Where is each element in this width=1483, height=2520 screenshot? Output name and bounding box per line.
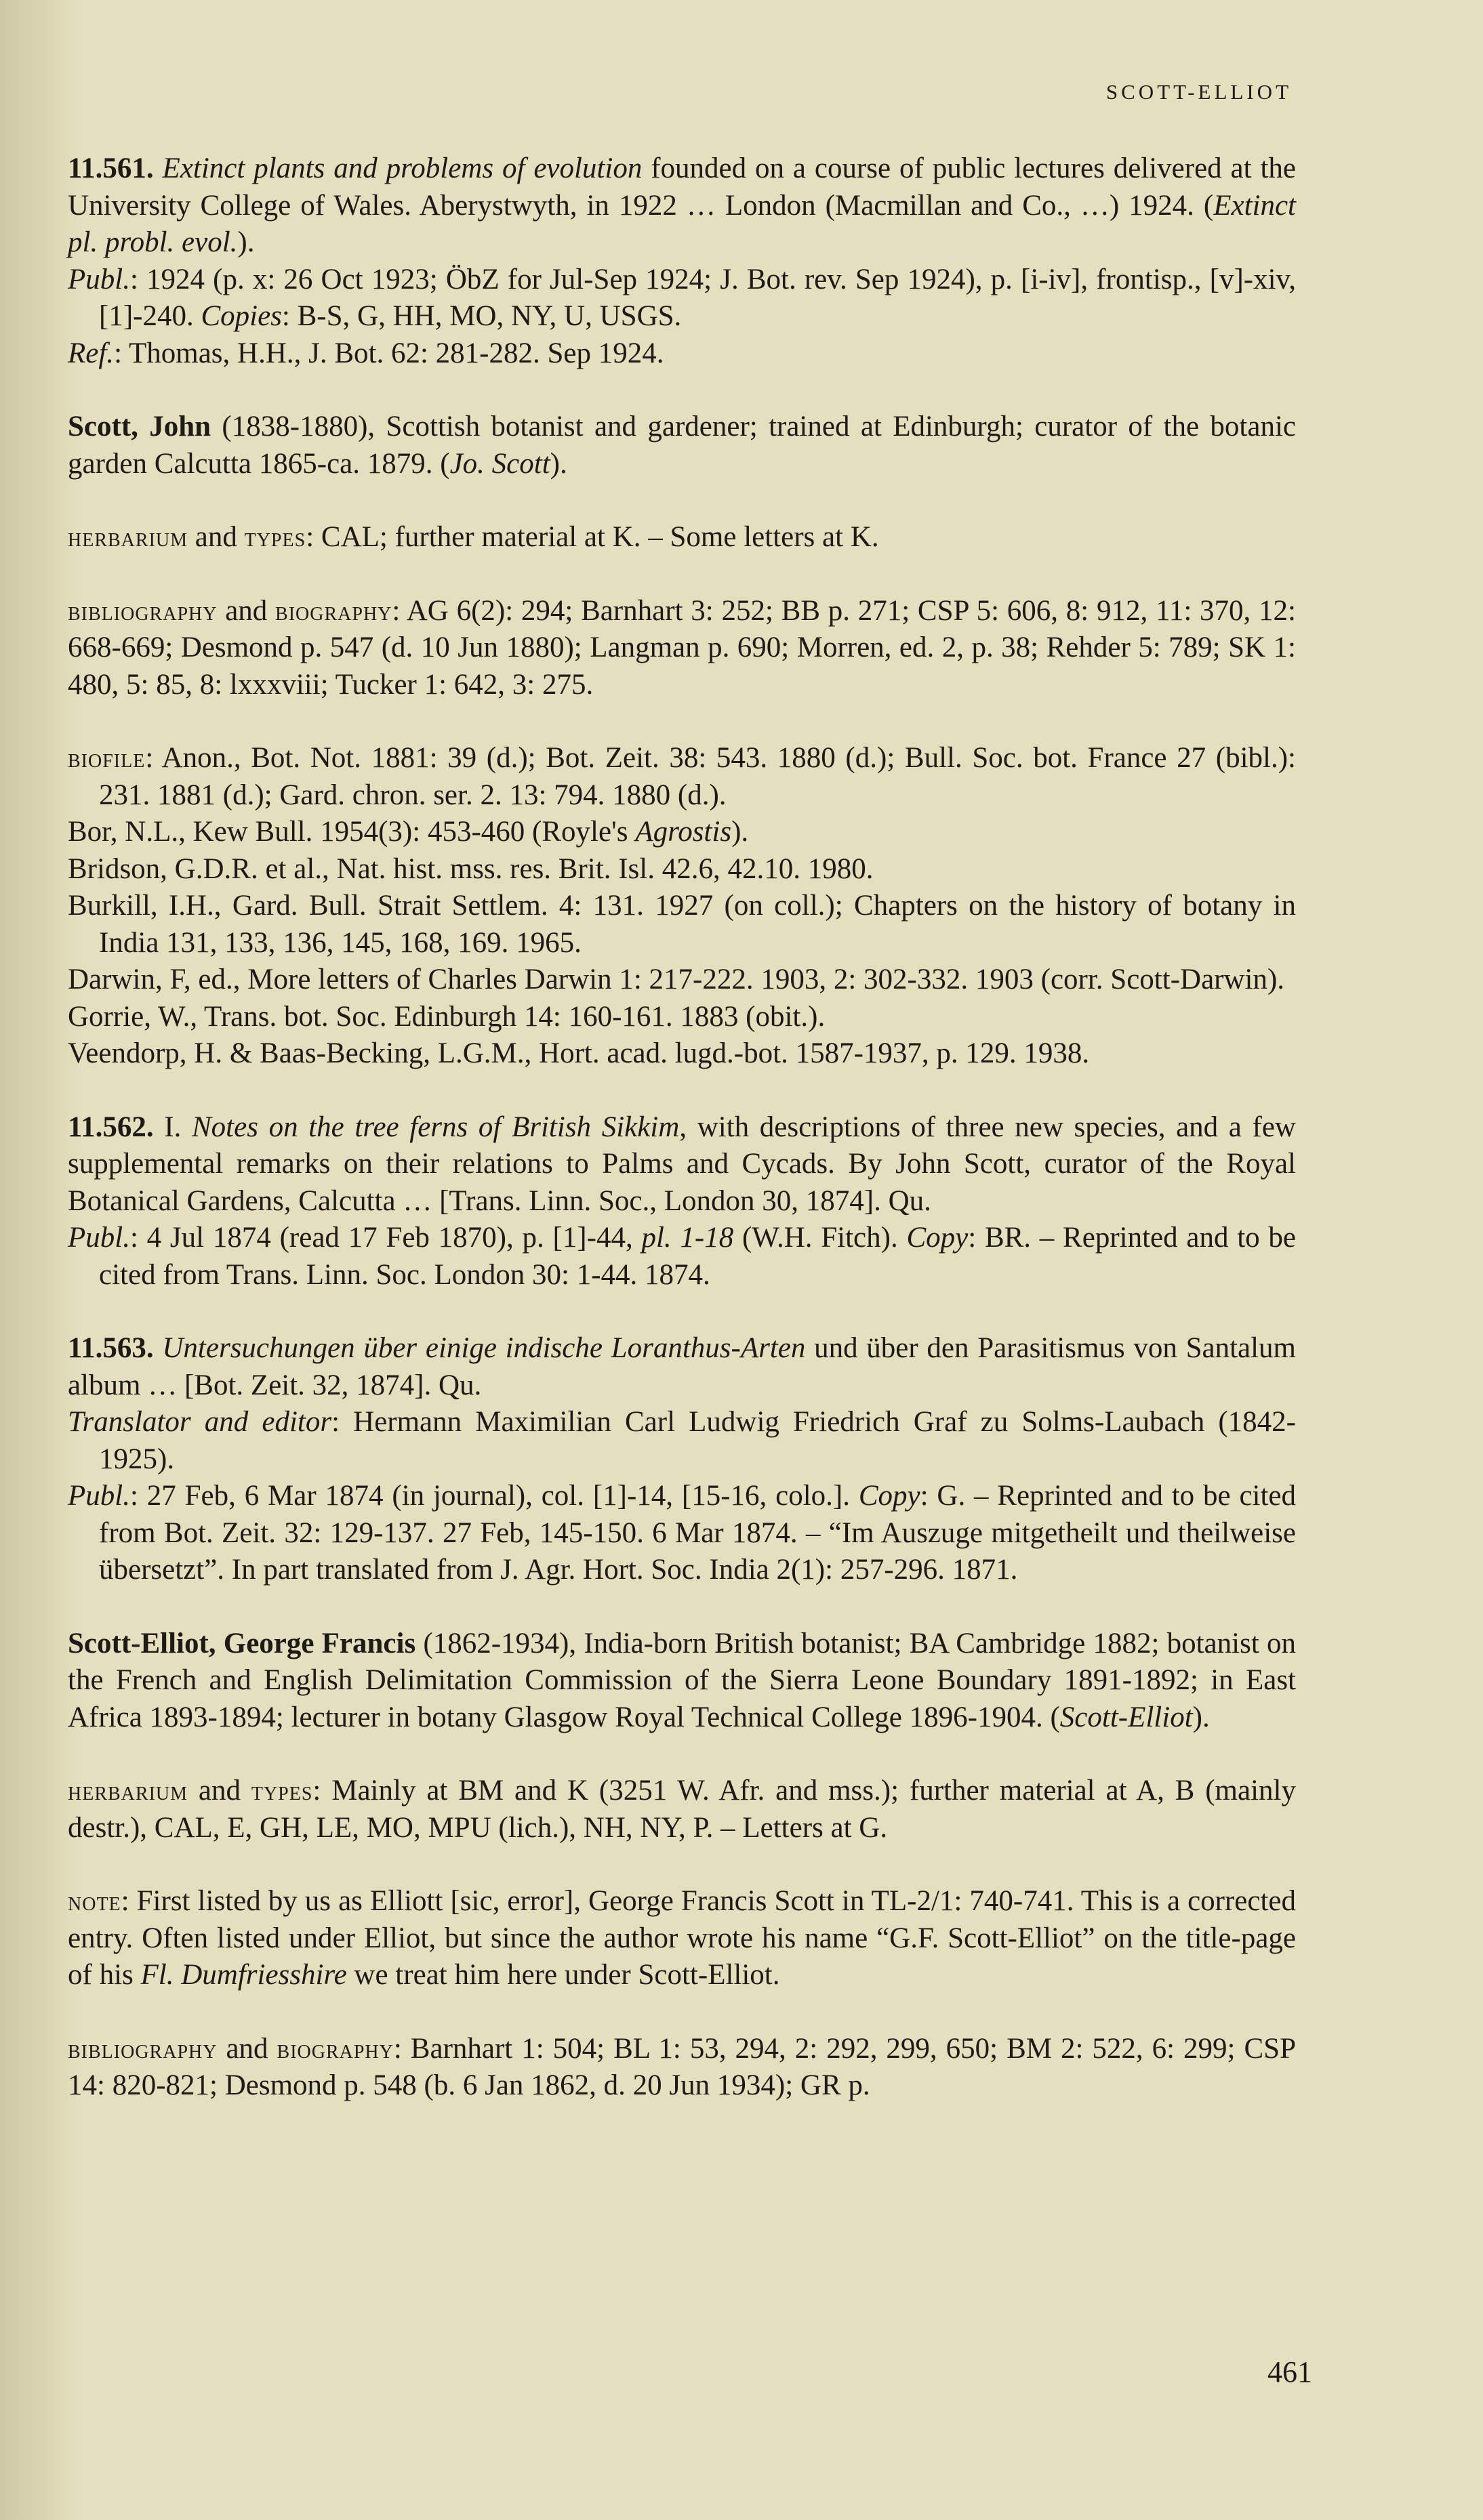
work-title: Notes on the tree ferns of British Sikki… bbox=[192, 1111, 679, 1143]
section-label: Biofile bbox=[68, 743, 145, 773]
spacer bbox=[68, 1294, 1296, 1330]
publication-line: Publ.: 4 Jul 1874 (read 17 Feb 1870), p.… bbox=[68, 1220, 1296, 1294]
volume-marker: I. bbox=[154, 1111, 192, 1143]
author-abbreviation: Jo. Scott bbox=[450, 448, 550, 480]
section-label: Bibliography bbox=[68, 596, 217, 626]
biofile-section: Biofile: Anon., Bot. Not. 1881: 39 (d.);… bbox=[68, 740, 1296, 1073]
entry-11561: 11.561. Extinct plants and problems of e… bbox=[68, 150, 1296, 372]
section-label: biography bbox=[275, 596, 392, 626]
translator-line: Translator and editor: Hermann Maximilia… bbox=[68, 1404, 1296, 1478]
section-label: Bibliography bbox=[68, 2033, 217, 2064]
label-conjunction: and bbox=[188, 521, 245, 553]
ref-label: Ref. bbox=[68, 337, 114, 369]
section-label: types bbox=[245, 522, 306, 552]
herbarium-section: Herbarium and types: CAL; further materi… bbox=[68, 519, 1296, 556]
bibliography-section: Bibliography and biography: Barnhart 1: … bbox=[68, 2031, 1296, 2105]
note-text: we treat him here under Scott-Elliot. bbox=[347, 1959, 780, 1991]
label-conjunction: and bbox=[188, 1775, 251, 1806]
entry-number: 11.561. bbox=[68, 152, 154, 184]
biofile-item: Bridson, G.D.R. et al., Nat. hist. mss. … bbox=[68, 851, 1296, 888]
entry-11563: 11.563. Untersuchungen über einige indis… bbox=[68, 1330, 1296, 1589]
publication-line: Publ.: 1924 (p. x: 26 Oct 1923; ÖbZ for … bbox=[68, 262, 1296, 335]
text-column: 11.561. Extinct plants and problems of e… bbox=[68, 150, 1296, 2105]
work-title: Untersuchungen über einige indische Lora… bbox=[162, 1332, 805, 1364]
punctuation: ). bbox=[237, 226, 254, 258]
biofile-text: : Anon., Bot. Not. 1881: 39 (d.); Bot. Z… bbox=[99, 742, 1296, 811]
publication-line: Publ.: 27 Feb, 6 Mar 1874 (in journal), … bbox=[68, 1478, 1296, 1589]
author-bio: Scott-Elliot, George Francis (1862-1934)… bbox=[68, 1626, 1296, 1737]
publ-text: : 27 Feb, 6 Mar 1874 (in journal), col. … bbox=[130, 1480, 859, 1512]
spacer bbox=[68, 372, 1296, 409]
publ-text: : 4 Jul 1874 (read 17 Feb 1870), p. [1]-… bbox=[130, 1222, 641, 1254]
section-label: types bbox=[251, 1775, 313, 1806]
author-bio: Scott, John (1838-1880), Scottish botani… bbox=[68, 409, 1296, 482]
entry-title-paragraph: 11.563. Untersuchungen über einige indis… bbox=[68, 1330, 1296, 1404]
copies-label: Copies bbox=[201, 300, 281, 332]
bio-text: (1838-1880), Scottish botanist and garde… bbox=[68, 411, 1296, 480]
spacer bbox=[68, 556, 1296, 593]
herbarium-section: Herbarium and types: Mainly at BM and K … bbox=[68, 1773, 1296, 1846]
section-label: Herbarium bbox=[68, 1775, 188, 1806]
author-entry-scott-john: Scott, John (1838-1880), Scottish botani… bbox=[68, 409, 1296, 1073]
biofile-item: Gorrie, W., Trans. bot. Soc. Edinburgh 1… bbox=[68, 999, 1296, 1036]
work-title: Extinct plants and problems of evolution bbox=[163, 152, 643, 184]
label-conjunction: and bbox=[217, 2033, 277, 2065]
label-conjunction: and bbox=[217, 595, 275, 627]
spacer bbox=[68, 1589, 1296, 1626]
work-title: Fl. Dumfriesshire bbox=[141, 1959, 347, 1991]
publ-text: (W.H. Fitch). bbox=[733, 1222, 906, 1254]
plates-label: pl. 1-18 bbox=[641, 1222, 733, 1254]
biofile-text: Bor, N.L., Kew Bull. 1954(3): 453-460 (R… bbox=[68, 816, 635, 848]
spacer bbox=[68, 1846, 1296, 1883]
punctuation: ). bbox=[731, 816, 748, 848]
note-section: Note: First listed by us as Elliott [sic… bbox=[68, 1883, 1296, 1994]
entry-11562: 11.562. I. Notes on the tree ferns of Br… bbox=[68, 1109, 1296, 1294]
publ-label: Publ. bbox=[68, 1222, 130, 1254]
bibliography-section: Bibliography and biography: AG 6(2): 294… bbox=[68, 593, 1296, 704]
biofile-item: Darwin, F, ed., More letters of Charles … bbox=[68, 962, 1296, 999]
ref-text: : Thomas, H.H., J. Bot. 62: 281-282. Sep… bbox=[114, 337, 664, 369]
copy-label: Copy bbox=[906, 1222, 968, 1254]
taxon-name: Agrostis bbox=[635, 816, 731, 848]
biofile-item: Bor, N.L., Kew Bull. 1954(3): 453-460 (R… bbox=[68, 814, 1296, 851]
punctuation: ). bbox=[550, 448, 567, 480]
spacer bbox=[68, 1994, 1296, 2031]
running-header: SCOTT-ELLIOT bbox=[1106, 80, 1292, 104]
punctuation: ). bbox=[1193, 1701, 1210, 1733]
entry-title-paragraph: 11.562. I. Notes on the tree ferns of Br… bbox=[68, 1109, 1296, 1220]
reference-line: Ref.: Thomas, H.H., J. Bot. 62: 281-282.… bbox=[68, 335, 1296, 373]
spacer bbox=[68, 1736, 1296, 1773]
entry-title-paragraph: 11.561. Extinct plants and problems of e… bbox=[68, 150, 1296, 262]
spacer bbox=[68, 482, 1296, 519]
entry-number: 11.562. bbox=[68, 1111, 154, 1143]
entry-number: 11.563. bbox=[68, 1332, 154, 1364]
biofile-item: Veendorp, H. & Baas-Becking, L.G.M., Hor… bbox=[68, 1035, 1296, 1073]
author-entry-scott-elliot: Scott-Elliot, George Francis (1862-1934)… bbox=[68, 1626, 1296, 2105]
author-abbreviation: Scott-Elliot bbox=[1060, 1701, 1193, 1733]
author-name: Scott, John bbox=[68, 411, 211, 442]
herbarium-text: : CAL; further material at K. – Some let… bbox=[306, 521, 878, 553]
copy-label: Copy bbox=[859, 1480, 920, 1512]
biofile-item: Burkill, I.H., Gard. Bull. Strait Settle… bbox=[68, 888, 1296, 962]
spacer bbox=[68, 703, 1296, 740]
translator-label: Translator and editor bbox=[68, 1406, 331, 1438]
author-name: Scott-Elliot, George Francis bbox=[68, 1628, 415, 1659]
biofile-item: Biofile: Anon., Bot. Not. 1881: 39 (d.);… bbox=[68, 740, 1296, 814]
page-number: 461 bbox=[1267, 2355, 1312, 2389]
section-label: Note bbox=[68, 1886, 121, 1916]
section-label: biography bbox=[277, 2033, 394, 2064]
publ-label: Publ. bbox=[68, 1480, 130, 1512]
publ-label: Publ. bbox=[68, 264, 130, 295]
section-label: Herbarium bbox=[68, 522, 188, 552]
spacer bbox=[68, 1073, 1296, 1109]
copies-text: : B-S, G, HH, MO, NY, U, USGS. bbox=[282, 300, 681, 332]
